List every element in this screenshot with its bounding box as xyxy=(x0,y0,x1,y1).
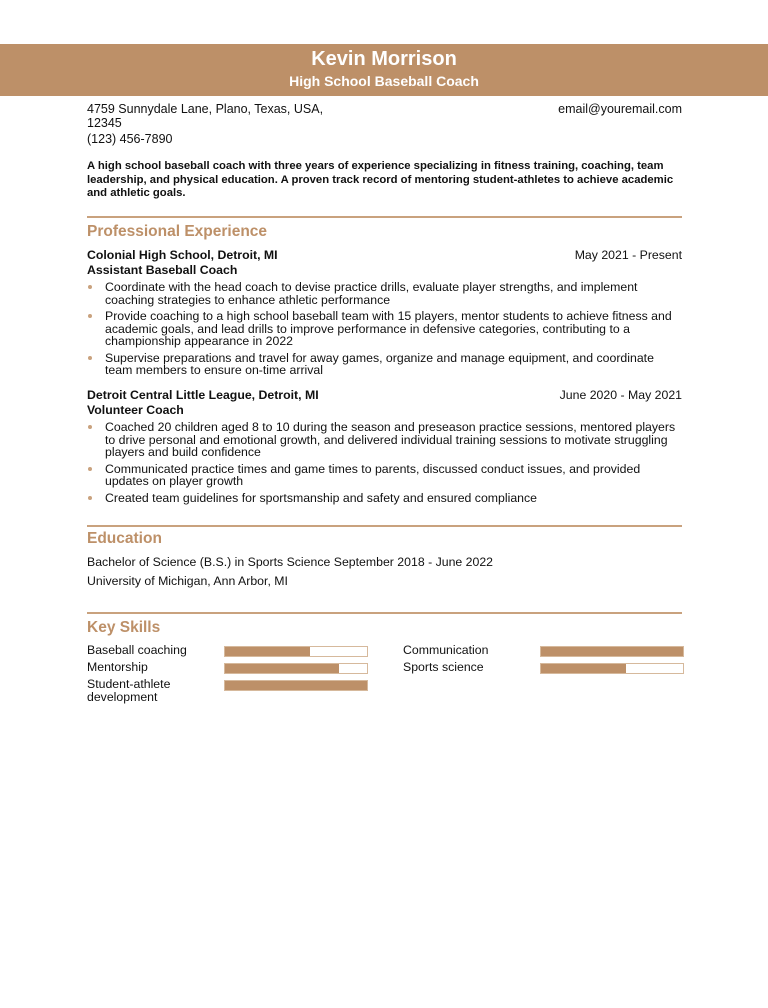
job-entry: Colonial High School, Detroit, MI May 20… xyxy=(87,248,682,381)
job-employer: Detroit Central Little League, Detroit, … xyxy=(87,388,319,403)
list-item: Coordinate with the head coach to devise… xyxy=(87,281,682,306)
skill-name: Baseball coaching xyxy=(87,644,217,657)
candidate-title: High School Baseball Coach xyxy=(0,71,768,91)
bullet-icon xyxy=(88,314,92,318)
job-dates: May 2021 - Present xyxy=(575,248,682,263)
skill-level-bar xyxy=(540,646,684,657)
section-title-education: Education xyxy=(87,530,162,548)
job-bullets: Coached 20 children aged 8 to 10 during … xyxy=(87,421,682,504)
skill-name: Sports science xyxy=(403,661,533,674)
list-item: Provide coaching to a high school baseba… xyxy=(87,310,682,348)
skill-name: Mentorship xyxy=(87,661,217,674)
job-employer: Colonial High School, Detroit, MI xyxy=(87,248,278,263)
bullet-icon xyxy=(88,356,92,360)
divider xyxy=(87,216,682,218)
candidate-name: Kevin Morrison xyxy=(0,44,768,71)
section-title-skills: Key Skills xyxy=(87,619,160,637)
list-item: Coached 20 children aged 8 to 10 during … xyxy=(87,421,682,459)
skill-level-fill xyxy=(541,647,683,656)
skill-name: Student-athlete development xyxy=(87,678,187,704)
skill-level-bar xyxy=(224,646,368,657)
job-role: Assistant Baseball Coach xyxy=(87,263,682,278)
section-title-experience: Professional Experience xyxy=(87,223,267,241)
job-bullets: Coordinate with the head coach to devise… xyxy=(87,281,682,377)
resume-header: Kevin Morrison High School Baseball Coac… xyxy=(0,44,768,96)
skill-level-fill xyxy=(541,664,626,673)
skill-level-fill xyxy=(225,681,367,690)
skill-level-bar xyxy=(224,680,368,691)
divider xyxy=(87,612,682,614)
bullet-icon xyxy=(88,496,92,500)
phone: (123) 456-7890 xyxy=(87,132,682,146)
job-dates: June 2020 - May 2021 xyxy=(560,388,682,403)
skill-level-fill xyxy=(225,647,310,656)
education-degree: Bachelor of Science (B.S.) in Sports Sci… xyxy=(87,555,493,570)
job-entry: Detroit Central Little League, Detroit, … xyxy=(87,388,682,508)
divider xyxy=(87,525,682,527)
education-school: University of Michigan, Ann Arbor, MI xyxy=(87,574,288,589)
bullet-icon xyxy=(88,467,92,471)
skill-level-bar xyxy=(224,663,368,674)
address: 4759 Sunnydale Lane, Plano, Texas, USA, … xyxy=(87,102,347,130)
skill-name: Communication xyxy=(403,644,533,657)
list-item: Created team guidelines for sportsmanshi… xyxy=(87,492,682,505)
job-role: Volunteer Coach xyxy=(87,403,682,418)
skill-level-bar xyxy=(540,663,684,674)
skill-level-fill xyxy=(225,664,339,673)
list-item: Supervise preparations and travel for aw… xyxy=(87,352,682,377)
bullet-icon xyxy=(88,425,92,429)
bullet-icon xyxy=(88,285,92,289)
contact-info: 4759 Sunnydale Lane, Plano, Texas, USA, … xyxy=(87,102,682,146)
email: email@youremail.com xyxy=(558,102,682,116)
list-item: Communicated practice times and game tim… xyxy=(87,463,682,488)
summary: A high school baseball coach with three … xyxy=(87,160,687,201)
